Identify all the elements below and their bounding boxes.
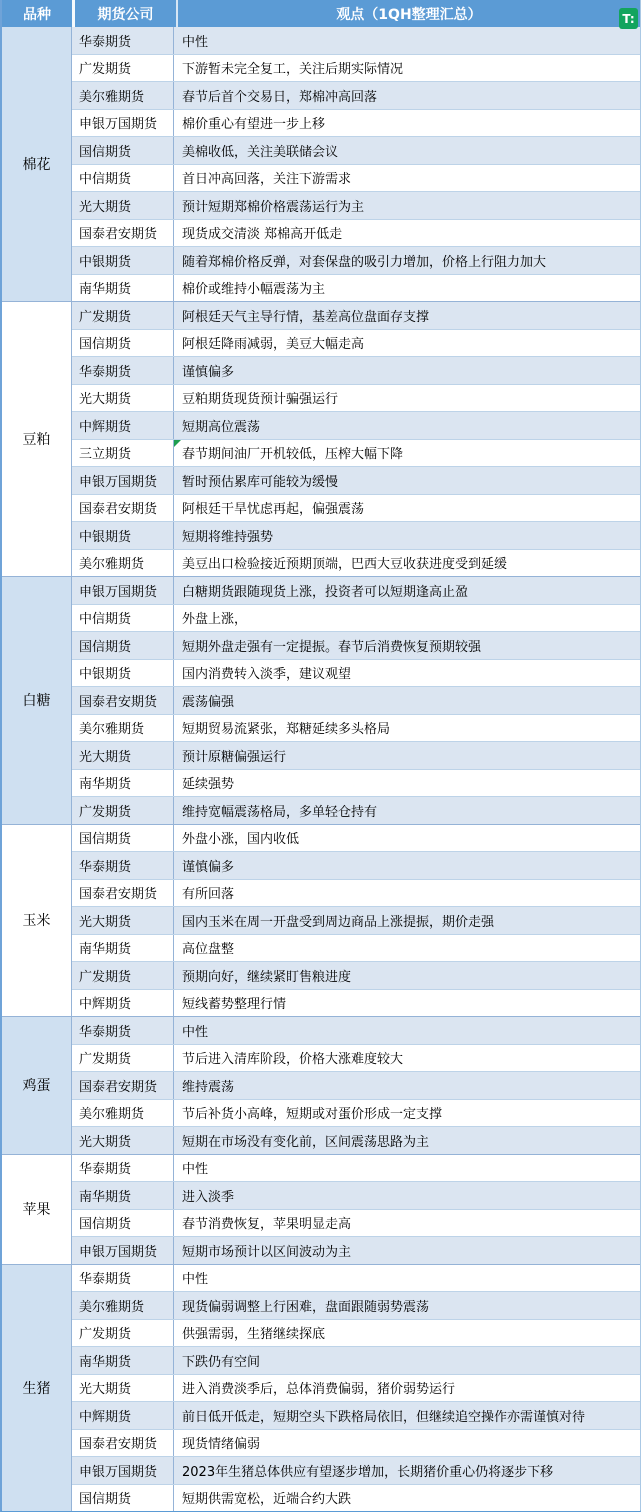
variety-cell[interactable]: 豆粕 [2, 302, 72, 576]
table-row: 国泰君安期货 阿根廷干旱忧虑再起，偏强震荡 [72, 495, 640, 523]
company-cell[interactable]: 申银万国期货 [72, 1457, 174, 1484]
opinion-cell-label: 高位盘整 [182, 938, 234, 957]
opinion-cell-label: 维持震荡 [182, 1076, 234, 1095]
table-row: 南华期货 进入淡季 [72, 1182, 640, 1210]
opinion-cell-label: 春节期间油厂开机较低，压榨大幅下降 [182, 443, 403, 462]
group-rows: 申银万国期货 白糖期货跟随现货上涨，投资者可以短期逢高止盈 中信期货 外盘上涨，… [72, 577, 640, 824]
opinion-cell[interactable]: 中性 [174, 27, 640, 54]
company-cell[interactable]: 申银万国期货 [72, 110, 174, 137]
table-row: 国泰君安期货 有所回落 [72, 880, 640, 908]
opinion-cell-label: 阿根廷干旱忧虑再起，偏强震荡 [182, 498, 364, 517]
opinion-cell[interactable]: 预期向好，继续紧盯售粮进度 [174, 962, 640, 989]
company-cell-label: 南华期货 [79, 278, 131, 297]
opinion-cell-label: 供强需弱，生猪继续探底 [182, 1323, 325, 1342]
opinion-cell[interactable]: 春节后首个交易日，郑棉冲高回落 [174, 82, 640, 109]
table-row: 光大期货 短期在市场没有变化前，区间震荡思路为主 [72, 1127, 640, 1154]
table-row: 美尔雅期货 现货偏弱调整上行困难，盘面跟随弱势震荡 [72, 1292, 640, 1320]
opinion-cell[interactable]: 春节消费恢复，苹果明显走高 [174, 1210, 640, 1237]
opinion-cell-label: 中性 [182, 1021, 208, 1040]
company-cell-label: 申银万国期货 [79, 1461, 157, 1480]
table-row: 国泰君安期货 震荡偏强 [72, 687, 640, 715]
variety-group: 生猪 华泰期货 中性 美尔雅期货 现货偏弱调整上行困难，盘面跟随弱势震荡 广发期… [2, 1265, 640, 1512]
company-cell-label: 申银万国期货 [79, 471, 157, 490]
company-cell[interactable]: 华泰期货 [72, 1155, 174, 1182]
opinion-cell[interactable]: 现货偏弱调整上行困难，盘面跟随弱势震荡 [174, 1292, 640, 1319]
opinion-cell-label: 预计原糖偏强运行 [182, 746, 286, 765]
table-row: 光大期货 预计短期郑棉价格震荡运行为主 [72, 192, 640, 220]
opinion-cell-label: 棉价重心有望进一步上移 [182, 113, 325, 132]
company-cell[interactable]: 中银期货 [72, 247, 174, 274]
opinion-cell[interactable]: 震荡偏强 [174, 687, 640, 714]
company-cell[interactable]: 广发期货 [72, 962, 174, 989]
group-rows: 华泰期货 中性 广发期货 下游暂未完全复工，关注后期实际情况 美尔雅期货 春节后… [72, 27, 640, 301]
company-cell-label: 南华期货 [79, 938, 131, 957]
company-cell[interactable]: 广发期货 [72, 797, 174, 824]
company-cell[interactable]: 申银万国期货 [72, 1237, 174, 1264]
company-cell[interactable]: 华泰期货 [72, 1017, 174, 1044]
opinion-cell-label: 暂时预估累库可能较为缓慢 [182, 471, 338, 490]
variety-cell[interactable]: 棉花 [2, 27, 72, 301]
opinion-cell[interactable]: 维持震荡 [174, 1072, 640, 1099]
table-row: 中辉期货 短线蓄势整理行情 [72, 990, 640, 1017]
company-cell[interactable]: 光大期货 [72, 192, 174, 219]
opinion-cell-label: 美豆出口检验接近预期顶端，巴西大豆收获进度受到延缓 [182, 553, 507, 572]
company-cell-label: 中辉期货 [79, 416, 131, 435]
opinion-cell-label: 谨慎偏多 [182, 361, 234, 380]
opinion-cell[interactable]: 短期供需宽松，近端合约大跌 [174, 1485, 640, 1512]
opinion-cell[interactable]: 短期高位震荡 [174, 412, 640, 439]
company-cell-label: 光大期货 [79, 911, 131, 930]
opinion-cell[interactable]: 预计短期郑棉价格震荡运行为主 [174, 192, 640, 219]
company-cell[interactable]: 光大期货 [72, 1375, 174, 1402]
table-row: 国信期货 春节消费恢复，苹果明显走高 [72, 1210, 640, 1238]
company-cell-label: 国信期货 [79, 333, 131, 352]
opinion-cell[interactable]: 国内消费转入淡季，建议观望 [174, 660, 640, 687]
company-cell-label: 美尔雅期货 [79, 718, 144, 737]
group-rows: 华泰期货 中性 南华期货 进入淡季 国信期货 春节消费恢复，苹果明显走高 申银万… [72, 1155, 640, 1264]
company-cell[interactable]: 华泰期货 [72, 27, 174, 54]
opinion-cell[interactable]: 下跌仍有空间 [174, 1347, 640, 1374]
opinion-cell[interactable]: 供强需弱，生猪继续探底 [174, 1320, 640, 1347]
variety-cell[interactable]: 鸡蛋 [2, 1017, 72, 1154]
table-row: 华泰期货 中性 [72, 1265, 640, 1293]
table-row: 广发期货 维持宽幅震荡格局，多单轻仓持有 [72, 797, 640, 824]
company-cell[interactable]: 华泰期货 [72, 357, 174, 384]
company-cell[interactable]: 光大期货 [72, 742, 174, 769]
variety-cell[interactable]: 玉米 [2, 825, 72, 1017]
variety-group: 玉米 国信期货 外盘小涨，国内收低 华泰期货 谨慎偏多 国泰君安期货 有所回落 [2, 825, 640, 1018]
header-variety: 品种 [2, 0, 72, 27]
company-cell-label: 广发期货 [79, 1323, 131, 1342]
opinion-cell[interactable]: 高位盘整 [174, 935, 640, 962]
opinion-cell-label: 外盘小涨，国内收低 [182, 828, 299, 847]
company-cell[interactable]: 光大期货 [72, 1127, 174, 1154]
company-cell[interactable]: 国泰君安期货 [72, 687, 174, 714]
company-cell[interactable]: 中辉期货 [72, 990, 174, 1017]
opinion-cell-label: 随着郑棉价格反弹，对套保盘的吸引力增加，价格上行阻力加大 [182, 251, 546, 270]
opinion-cell-label: 短期市场预计以区间波动为主 [182, 1241, 351, 1260]
opinion-cell[interactable]: 短期市场预计以区间波动为主 [174, 1237, 640, 1264]
opinion-cell-label: 白糖期货跟随现货上涨，投资者可以短期逢高止盈 [182, 581, 468, 600]
variety-group: 苹果 华泰期货 中性 南华期货 进入淡季 国信期货 春节消费恢复，苹果明显走高 [2, 1155, 640, 1265]
opinion-cell-label: 下游暂未完全复工，关注后期实际情况 [182, 58, 403, 77]
opinion-cell-label: 短期高位震荡 [182, 416, 260, 435]
variety-label: 棉花 [23, 154, 51, 174]
company-cell-label: 南华期货 [79, 1186, 131, 1205]
table-row: 美尔雅期货 短期贸易流紧张，郑糖延续多头格局 [72, 715, 640, 743]
opinion-cell-label: 预期向好，继续紧盯售粮进度 [182, 966, 351, 985]
table-row: 南华期货 高位盘整 [72, 935, 640, 963]
company-cell-label: 广发期货 [79, 306, 131, 325]
table-row: 中银期货 国内消费转入淡季，建议观望 [72, 660, 640, 688]
table-row: 华泰期货 中性 [72, 27, 640, 55]
table-row: 申银万国期货 暂时预估累库可能较为缓慢 [72, 467, 640, 495]
company-cell[interactable]: 三立期货 [72, 440, 174, 467]
variety-label: 玉米 [23, 910, 51, 930]
opinion-cell-label: 震荡偏强 [182, 691, 234, 710]
table-row: 光大期货 国内玉米在周一开盘受到周边商品上涨提振，期价走强 [72, 907, 640, 935]
company-cell[interactable]: 中辉期货 [72, 1402, 174, 1429]
opinion-cell[interactable]: 短期外盘走强有一定提振。春节后消费恢复预期较强 [174, 632, 640, 659]
opinion-cell[interactable]: 外盘小涨，国内收低 [174, 825, 640, 852]
group-rows: 华泰期货 中性 广发期货 节后进入清库阶段，价格大涨难度较大 国泰君安期货 维持… [72, 1017, 640, 1154]
company-cell[interactable]: 中银期货 [72, 522, 174, 549]
company-cell[interactable]: 申银万国期货 [72, 577, 174, 604]
company-cell[interactable]: 国泰君安期货 [72, 220, 174, 247]
company-cell-label: 国泰君安期货 [79, 498, 157, 517]
company-cell[interactable]: 美尔雅期货 [72, 550, 174, 577]
company-cell-label: 美尔雅期货 [79, 1103, 144, 1122]
opinion-cell[interactable]: 2023年生猪总体供应有望逐步增加，长期猪价重心仍将逐步下移 [174, 1457, 640, 1484]
table-row: 中银期货 短期将维持强势 [72, 522, 640, 550]
company-cell[interactable]: 国信期货 [72, 825, 174, 852]
opinion-cell[interactable]: 暂时预估累库可能较为缓慢 [174, 467, 640, 494]
opinion-cell[interactable]: 春节期间油厂开机较低，压榨大幅下降 [174, 440, 640, 467]
opinion-cell-label: 春节后首个交易日，郑棉冲高回落 [182, 86, 377, 105]
opinion-cell[interactable]: 随着郑棉价格反弹，对套保盘的吸引力增加，价格上行阻力加大 [174, 247, 640, 274]
company-cell-label: 光大期货 [79, 746, 131, 765]
variety-group: 豆粕 广发期货 阿根廷天气主导行情，基差高位盘面存支撑 国信期货 阿根廷降雨减弱… [2, 302, 640, 577]
opinion-cell-label: 春节消费恢复，苹果明显走高 [182, 1213, 351, 1232]
company-cell-label: 国泰君安期货 [79, 1433, 157, 1452]
company-cell[interactable]: 南华期货 [72, 935, 174, 962]
opinion-cell-label: 进入淡季 [182, 1186, 234, 1205]
table-row: 国泰君安期货 现货情绪偏弱 [72, 1430, 640, 1458]
table-row: 国信期货 短期供需宽松，近端合约大跌 [72, 1485, 640, 1512]
table-row: 广发期货 节后进入清库阶段，价格大涨难度较大 [72, 1045, 640, 1073]
opinion-cell-label: 国内玉米在周一开盘受到周边商品上涨提振，期价走强 [182, 911, 494, 930]
opinions-table: 品种 期货公司 观点（1QH整理汇总） T: 棉花 华泰期货 中性 广发期货 下… [0, 0, 641, 1512]
company-cell-label: 国泰君安期货 [79, 883, 157, 902]
company-cell[interactable]: 广发期货 [72, 55, 174, 82]
company-cell-label: 中辉期货 [79, 1406, 131, 1425]
opinion-cell[interactable]: 白糖期货跟随现货上涨，投资者可以短期逢高止盈 [174, 577, 640, 604]
variety-label: 鸡蛋 [23, 1075, 51, 1095]
table-row: 美尔雅期货 节后补货小高峰，短期或对蛋价形成一定支撑 [72, 1100, 640, 1128]
company-cell[interactable]: 国泰君安期货 [72, 495, 174, 522]
company-cell-label: 中银期货 [79, 526, 131, 545]
group-rows: 国信期货 外盘小涨，国内收低 华泰期货 谨慎偏多 国泰君安期货 有所回落 光大期… [72, 825, 640, 1017]
variety-cell[interactable]: 白糖 [2, 577, 72, 824]
variety-label: 生猪 [23, 1378, 51, 1398]
table-body: 棉花 华泰期货 中性 广发期货 下游暂未完全复工，关注后期实际情况 美尔雅期货 … [2, 27, 640, 1511]
company-cell-label: 广发期货 [79, 966, 131, 985]
table-row: 申银万国期货 白糖期货跟随现货上涨，投资者可以短期逢高止盈 [72, 577, 640, 605]
company-cell[interactable]: 南华期货 [72, 1347, 174, 1374]
opinion-cell[interactable]: 短期在市场没有变化前，区间震荡思路为主 [174, 1127, 640, 1154]
opinion-cell[interactable]: 进入淡季 [174, 1182, 640, 1209]
company-cell-label: 国信期货 [79, 141, 131, 160]
table-row: 华泰期货 谨慎偏多 [72, 852, 640, 880]
opinion-cell[interactable]: 短线蓄势整理行情 [174, 990, 640, 1017]
opinion-cell-label: 短期在市场没有变化前，区间震荡思路为主 [182, 1131, 429, 1150]
company-cell-label: 华泰期货 [79, 856, 131, 875]
opinion-cell-label: 短期贸易流紧张，郑糖延续多头格局 [182, 718, 390, 737]
table-row: 光大期货 豆粕期货现货预计骗强运行 [72, 385, 640, 413]
table-row: 南华期货 下跌仍有空间 [72, 1347, 640, 1375]
company-cell[interactable]: 国信期货 [72, 330, 174, 357]
opinion-cell[interactable]: 维持宽幅震荡格局，多单轻仓持有 [174, 797, 640, 824]
company-cell[interactable]: 广发期货 [72, 1320, 174, 1347]
table-row: 广发期货 阿根廷天气主导行情，基差高位盘面存支撑 [72, 302, 640, 330]
company-cell-label: 申银万国期货 [79, 1241, 157, 1260]
opinion-cell-label: 外盘上涨， [182, 608, 247, 627]
table-row: 中信期货 外盘上涨， [72, 605, 640, 633]
variety-group: 白糖 申银万国期货 白糖期货跟随现货上涨，投资者可以短期逢高止盈 中信期货 外盘… [2, 577, 640, 825]
company-cell-label: 中信期货 [79, 168, 131, 187]
opinion-cell[interactable]: 节后进入清库阶段，价格大涨难度较大 [174, 1045, 640, 1072]
group-rows: 广发期货 阿根廷天气主导行情，基差高位盘面存支撑 国信期货 阿根廷降雨减弱，美豆… [72, 302, 640, 576]
table-row: 国信期货 阿根廷降雨减弱，美豆大幅走高 [72, 330, 640, 358]
company-cell[interactable]: 中信期货 [72, 165, 174, 192]
header-company: 期货公司 [72, 0, 176, 27]
opinion-cell[interactable]: 美豆出口检验接近预期顶端，巴西大豆收获进度受到延缓 [174, 550, 640, 577]
company-cell-label: 光大期货 [79, 196, 131, 215]
opinion-cell[interactable]: 美棉收低，关注美联储会议 [174, 137, 640, 164]
variety-group: 棉花 华泰期货 中性 广发期货 下游暂未完全复工，关注后期实际情况 美尔雅期货 … [2, 27, 640, 302]
opinion-cell-label: 现货成交清淡 郑棉高开低走 [182, 223, 342, 242]
comment-marker-icon [174, 440, 181, 447]
company-cell[interactable]: 中银期货 [72, 660, 174, 687]
company-cell[interactable]: 南华期货 [72, 275, 174, 302]
group-rows: 华泰期货 中性 美尔雅期货 现货偏弱调整上行困难，盘面跟随弱势震荡 广发期货 供… [72, 1265, 640, 1512]
header-opinion: 观点（1QH整理汇总） [176, 0, 640, 27]
table-header: 品种 期货公司 观点（1QH整理汇总） T: [2, 0, 640, 27]
opinion-cell[interactable]: 现货成交清淡 郑棉高开低走 [174, 220, 640, 247]
company-cell-label: 中银期货 [79, 663, 131, 682]
table-row: 广发期货 下游暂未完全复工，关注后期实际情况 [72, 55, 640, 83]
table-row: 南华期货 棉价或维持小幅震荡为主 [72, 275, 640, 302]
company-cell[interactable]: 南华期货 [72, 770, 174, 797]
company-cell-label: 国泰君安期货 [79, 691, 157, 710]
opinion-cell-label: 短线蓄势整理行情 [182, 993, 286, 1012]
table-row: 中银期货 随着郑棉价格反弹，对套保盘的吸引力增加，价格上行阻力加大 [72, 247, 640, 275]
company-cell[interactable]: 国信期货 [72, 137, 174, 164]
company-cell[interactable]: 中辉期货 [72, 412, 174, 439]
opinion-cell[interactable]: 延续强势 [174, 770, 640, 797]
company-cell-label: 广发期货 [79, 1048, 131, 1067]
opinion-cell-label: 棉价或维持小幅震荡为主 [182, 278, 325, 297]
table-row: 中辉期货 短期高位震荡 [72, 412, 640, 440]
opinion-cell[interactable]: 棉价重心有望进一步上移 [174, 110, 640, 137]
variety-cell[interactable]: 生猪 [2, 1265, 72, 1512]
opinion-cell-label: 短期外盘走强有一定提振。春节后消费恢复预期较强 [182, 636, 481, 655]
table-row: 广发期货 供强需弱，生猪继续探底 [72, 1320, 640, 1348]
company-cell-label: 国信期货 [79, 1213, 131, 1232]
opinion-cell[interactable]: 中性 [174, 1017, 640, 1044]
company-cell-label: 美尔雅期货 [79, 86, 144, 105]
company-cell[interactable]: 国信期货 [72, 1485, 174, 1512]
opinion-cell-label: 短期将维持强势 [182, 526, 273, 545]
opinion-cell-label: 进入消费淡季后，总体消费偏弱，猪价弱势运行 [182, 1378, 455, 1397]
company-cell-label: 国泰君安期货 [79, 223, 157, 242]
opinion-cell[interactable]: 阿根廷天气主导行情，基差高位盘面存支撑 [174, 302, 640, 329]
opinion-cell-label: 中性 [182, 31, 208, 50]
company-cell-label: 国信期货 [79, 828, 131, 847]
opinion-cell[interactable]: 下游暂未完全复工，关注后期实际情况 [174, 55, 640, 82]
table-row: 南华期货 延续强势 [72, 770, 640, 798]
opinion-cell[interactable]: 前日低开低走，短期空头下跌格局依旧，但继续追空操作亦需谨慎对待 [174, 1402, 640, 1429]
opinion-cell-label: 美棉收低，关注美联储会议 [182, 141, 338, 160]
company-cell-label: 南华期货 [79, 773, 131, 792]
opinion-cell-label: 前日低开低走，短期空头下跌格局依旧，但继续追空操作亦需谨慎对待 [182, 1406, 585, 1425]
company-cell-label: 国信期货 [79, 636, 131, 655]
table-row: 广发期货 预期向好，继续紧盯售粮进度 [72, 962, 640, 990]
table-row: 国信期货 短期外盘走强有一定提振。春节后消费恢复预期较强 [72, 632, 640, 660]
opinion-cell[interactable]: 阿根廷干旱忧虑再起，偏强震荡 [174, 495, 640, 522]
table-row: 申银万国期货 棉价重心有望进一步上移 [72, 110, 640, 138]
opinion-cell-label: 有所回落 [182, 883, 234, 902]
company-cell[interactable]: 国泰君安期货 [72, 1072, 174, 1099]
company-cell[interactable]: 中信期货 [72, 605, 174, 632]
company-cell[interactable]: 国泰君安期货 [72, 1430, 174, 1457]
opinion-cell-label: 豆粕期货现货预计骗强运行 [182, 388, 338, 407]
opinion-cell-label: 预计短期郑棉价格震荡运行为主 [182, 196, 364, 215]
opinion-cell[interactable]: 国内玉米在周一开盘受到周边商品上涨提振，期价走强 [174, 907, 640, 934]
company-cell[interactable]: 华泰期货 [72, 1265, 174, 1292]
company-cell[interactable]: 国泰君安期货 [72, 880, 174, 907]
company-cell-label: 中信期货 [79, 608, 131, 627]
company-cell-label: 国信期货 [79, 1488, 131, 1507]
opinion-cell-label: 现货情绪偏弱 [182, 1433, 260, 1452]
company-cell[interactable]: 国信期货 [72, 1210, 174, 1237]
opinion-cell-label: 短期供需宽松，近端合约大跌 [182, 1488, 351, 1507]
company-cell-label: 光大期货 [79, 1131, 131, 1150]
company-cell[interactable]: 美尔雅期货 [72, 1100, 174, 1127]
table-row: 中辉期货 前日低开低走，短期空头下跌格局依旧，但继续追空操作亦需谨慎对待 [72, 1402, 640, 1430]
company-cell-label: 三立期货 [79, 443, 131, 462]
company-cell[interactable]: 国信期货 [72, 632, 174, 659]
opinion-cell[interactable]: 短期将维持强势 [174, 522, 640, 549]
variety-group: 鸡蛋 华泰期货 中性 广发期货 节后进入清库阶段，价格大涨难度较大 国泰君安期货… [2, 1017, 640, 1155]
opinion-cell[interactable]: 中性 [174, 1155, 640, 1182]
opinion-cell-label: 国内消费转入淡季，建议观望 [182, 663, 351, 682]
table-row: 美尔雅期货 美豆出口检验接近预期顶端，巴西大豆收获进度受到延缓 [72, 550, 640, 577]
table-row: 中信期货 首日冲高回落，关注下游需求 [72, 165, 640, 193]
company-cell-label: 华泰期货 [79, 1268, 131, 1287]
variety-label: 苹果 [23, 1199, 51, 1219]
opinion-cell-label: 延续强势 [182, 773, 234, 792]
company-cell-label: 广发期货 [79, 801, 131, 820]
table-row: 申银万国期货 短期市场预计以区间波动为主 [72, 1237, 640, 1264]
opinion-cell[interactable]: 阿根廷降雨减弱，美豆大幅走高 [174, 330, 640, 357]
opinion-cell[interactable]: 谨慎偏多 [174, 357, 640, 384]
company-cell[interactable]: 广发期货 [72, 302, 174, 329]
company-cell-label: 华泰期货 [79, 361, 131, 380]
table-row: 光大期货 预计原糖偏强运行 [72, 742, 640, 770]
opinion-cell[interactable]: 现货情绪偏弱 [174, 1430, 640, 1457]
opinion-cell[interactable]: 豆粕期货现货预计骗强运行 [174, 385, 640, 412]
company-cell-label: 华泰期货 [79, 1021, 131, 1040]
opinion-cell[interactable]: 进入消费淡季后，总体消费偏弱，猪价弱势运行 [174, 1375, 640, 1402]
table-row: 国泰君安期货 维持震荡 [72, 1072, 640, 1100]
opinion-cell-label: 谨慎偏多 [182, 856, 234, 875]
company-cell-label: 美尔雅期货 [79, 1296, 144, 1315]
brand-logo-icon: T: [619, 8, 638, 29]
opinion-cell-label: 中性 [182, 1158, 208, 1177]
opinion-cell[interactable]: 节后补货小高峰，短期或对蛋价形成一定支撑 [174, 1100, 640, 1127]
company-cell[interactable]: 美尔雅期货 [72, 82, 174, 109]
company-cell-label: 申银万国期货 [79, 113, 157, 132]
opinion-cell-label: 节后进入清库阶段，价格大涨难度较大 [182, 1048, 403, 1067]
opinion-cell[interactable]: 外盘上涨， [174, 605, 640, 632]
opinion-cell[interactable]: 中性 [174, 1265, 640, 1292]
company-cell-label: 光大期货 [79, 388, 131, 407]
company-cell[interactable]: 光大期货 [72, 907, 174, 934]
company-cell-label: 华泰期货 [79, 31, 131, 50]
opinion-cell-label: 节后补货小高峰，短期或对蛋价形成一定支撑 [182, 1103, 442, 1122]
variety-label: 豆粕 [23, 429, 51, 449]
opinion-cell[interactable]: 有所回落 [174, 880, 640, 907]
variety-label: 白糖 [23, 690, 51, 710]
opinion-cell-label: 现货偏弱调整上行困难，盘面跟随弱势震荡 [182, 1296, 429, 1315]
company-cell-label: 中辉期货 [79, 993, 131, 1012]
company-cell-label: 国泰君安期货 [79, 1076, 157, 1095]
company-cell-label: 美尔雅期货 [79, 553, 144, 572]
company-cell[interactable]: 南华期货 [72, 1182, 174, 1209]
company-cell[interactable]: 申银万国期货 [72, 467, 174, 494]
opinion-cell-label: 阿根廷降雨减弱，美豆大幅走高 [182, 333, 364, 352]
opinion-cell[interactable]: 预计原糖偏强运行 [174, 742, 640, 769]
table-row: 华泰期货 中性 [72, 1017, 640, 1045]
table-row: 国信期货 外盘小涨，国内收低 [72, 825, 640, 853]
table-row: 华泰期货 谨慎偏多 [72, 357, 640, 385]
company-cell[interactable]: 光大期货 [72, 385, 174, 412]
table-row: 华泰期货 中性 [72, 1155, 640, 1183]
opinion-cell[interactable]: 棉价或维持小幅震荡为主 [174, 275, 640, 302]
company-cell-label: 中银期货 [79, 251, 131, 270]
company-cell[interactable]: 广发期货 [72, 1045, 174, 1072]
opinion-cell-label: 首日冲高回落，关注下游需求 [182, 168, 351, 187]
opinion-cell-label: 中性 [182, 1268, 208, 1287]
table-row: 光大期货 进入消费淡季后，总体消费偏弱，猪价弱势运行 [72, 1375, 640, 1403]
company-cell-label: 广发期货 [79, 58, 131, 77]
opinion-cell-label: 下跌仍有空间 [182, 1351, 260, 1370]
opinion-cell-label: 维持宽幅震荡格局，多单轻仓持有 [182, 801, 377, 820]
table-row: 国信期货 美棉收低，关注美联储会议 [72, 137, 640, 165]
opinion-cell-label: 阿根廷天气主导行情，基差高位盘面存支撑 [182, 306, 429, 325]
company-cell-label: 南华期货 [79, 1351, 131, 1370]
opinion-cell[interactable]: 首日冲高回落，关注下游需求 [174, 165, 640, 192]
variety-cell[interactable]: 苹果 [2, 1155, 72, 1264]
table-row: 申银万国期货 2023年生猪总体供应有望逐步增加，长期猪价重心仍将逐步下移 [72, 1457, 640, 1485]
company-cell[interactable]: 美尔雅期货 [72, 715, 174, 742]
opinion-cell[interactable]: 短期贸易流紧张，郑糖延续多头格局 [174, 715, 640, 742]
company-cell[interactable]: 华泰期货 [72, 852, 174, 879]
opinion-cell[interactable]: 谨慎偏多 [174, 852, 640, 879]
company-cell[interactable]: 美尔雅期货 [72, 1292, 174, 1319]
opinion-cell-label: 2023年生猪总体供应有望逐步增加，长期猪价重心仍将逐步下移 [182, 1461, 553, 1480]
